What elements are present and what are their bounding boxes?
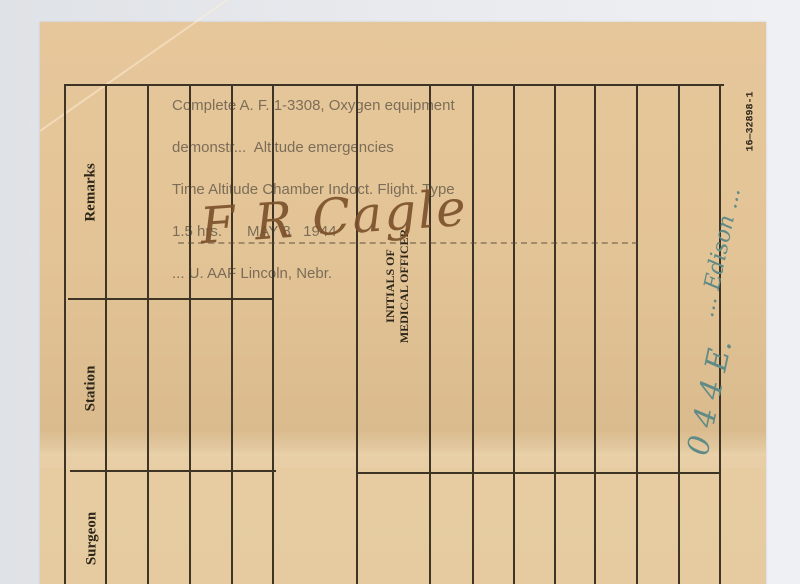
grid-col-9 [472,84,474,584]
grid-col-10 [513,84,515,584]
grid-col-11 [554,84,556,584]
form-number: 16—32898-1 [746,77,757,167]
grid-col-12 [594,84,596,584]
station-surgeon-divider-right [358,472,720,474]
grid-col-3 [147,84,149,584]
stamp-line-5: ... U. AAF Lincoln, Nebr. [172,263,455,284]
surgeon-header: Surgeon [84,499,101,579]
stamp-line-2: demonstr... Altitude emergencies [172,137,455,158]
grid-col-1 [64,84,66,584]
grid-col-2 [105,84,107,584]
station-surgeon-divider-left [70,470,276,472]
remarks-header: Remarks [83,158,100,228]
grid-col-14 [678,84,680,584]
station-header: Station [83,354,100,424]
grid-col-13 [636,84,638,584]
stamp-line-1: Complete A. F. 1-3308, Oxygen equipment [172,95,455,116]
